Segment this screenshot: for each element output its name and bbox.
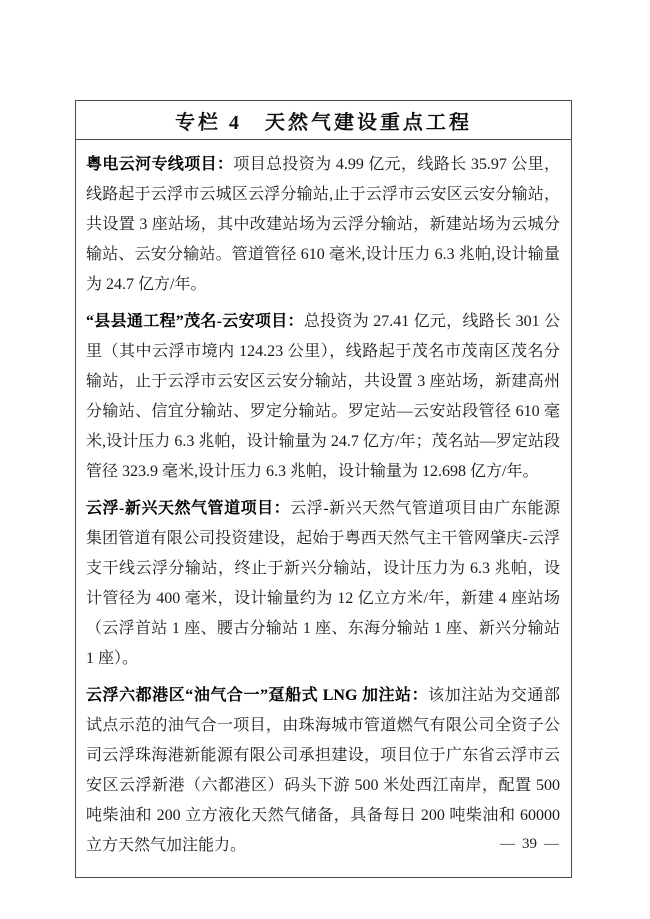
project-description: 云浮-新兴天然气管道项目由广东能源集团管道有限公司投资建设，起始于粤西天然气主干… [86, 500, 560, 667]
project-description: 总投资为 27.41 亿元，线路长 301 公里（其中云浮市境内 124.23 … [86, 313, 560, 480]
box-title-row: 专栏 4 天然气建设重点工程 [76, 101, 571, 140]
project-name-label: 云浮六都港区“油气合一”趸船式 LNG 加注站： [86, 687, 428, 704]
page-footer: —39— [0, 836, 650, 853]
project-paragraph: 云浮-新兴天然气管道项目：云浮-新兴天然气管道项目由广东能源集团管道有限公司投资… [86, 494, 560, 674]
page-number: 39 [522, 836, 537, 852]
project-name-label: “县县通工程”茂名-云安项目： [86, 313, 304, 330]
featured-projects-box: 专栏 4 天然气建设重点工程 粤电云河专线项目：项目总投资为 4.99 亿元，线… [75, 100, 572, 878]
project-name-label: 云浮-新兴天然气管道项目： [86, 500, 290, 517]
box-title: 专栏 4 天然气建设重点工程 [174, 106, 472, 135]
project-description: 项目总投资为 4.99 亿元，线路长 35.97 公里，线路起于云浮市云城区云浮… [86, 156, 560, 293]
project-paragraph: 云浮六都港区“油气合一”趸船式 LNG 加注站：该加注站为交通部试点示范的油气合… [86, 681, 560, 861]
project-description: 该加注站为交通部试点示范的油气合一项目，由珠海城市管道燃气有限公司全资子公司云浮… [86, 687, 560, 854]
project-name-label: 粤电云河专线项目： [86, 156, 233, 173]
project-paragraph: “县县通工程”茂名-云安项目：总投资为 27.41 亿元，线路长 301 公里（… [86, 307, 560, 487]
footer-dash-left: — [500, 836, 515, 853]
footer-dash-right: — [544, 836, 559, 853]
project-paragraph: 粤电云河专线项目：项目总投资为 4.99 亿元，线路长 35.97 公里，线路起… [86, 150, 560, 300]
box-content: 粤电云河专线项目：项目总投资为 4.99 亿元，线路长 35.97 公里，线路起… [76, 140, 571, 877]
